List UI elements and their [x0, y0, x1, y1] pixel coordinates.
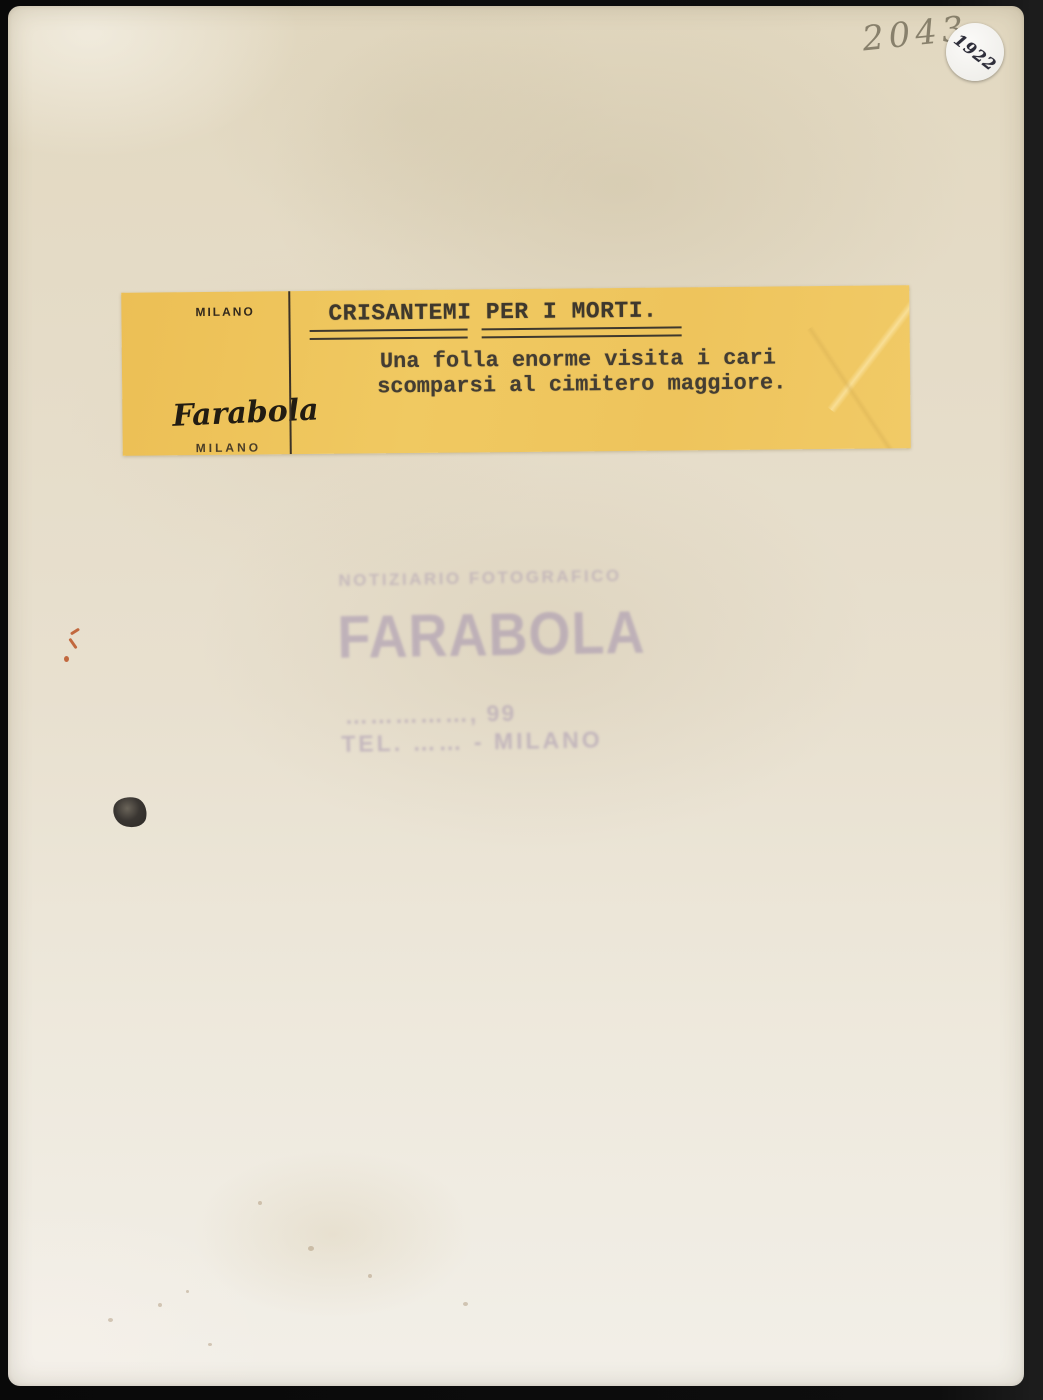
headline-underline	[482, 326, 682, 338]
paper-stain	[258, 1201, 262, 1205]
photo-paper-back: 2043 1922 MILANO Farabola MILANO CRISANT…	[8, 6, 1024, 1386]
paper-stain	[368, 1274, 372, 1278]
stamp-phone-line: TEL. …… - MILANO	[341, 726, 603, 758]
headline-underline	[310, 328, 468, 340]
ink-mark	[68, 638, 77, 650]
paper-stain	[108, 1318, 113, 1322]
ink-mark	[64, 656, 69, 662]
agency-city-bottom: MILANO	[196, 440, 261, 455]
year-sticker-label: 1922	[950, 30, 1000, 75]
agency-logo-script: Farabola	[172, 392, 320, 433]
caption-text-line: scomparsi al cimitero maggiore.	[377, 370, 787, 399]
paper-stain	[186, 1290, 189, 1293]
paper-stain	[463, 1302, 468, 1306]
paper-stain	[308, 1246, 314, 1251]
agency-stamp: NOTIZIARIO FOTOGRAFICO FARABOLA ……………, 9…	[328, 561, 692, 777]
stamp-subtitle: NOTIZIARIO FOTOGRAFICO	[338, 566, 622, 591]
paper-stain	[208, 1343, 212, 1346]
ink-mark	[70, 628, 80, 636]
agency-city-top: MILANO	[195, 305, 254, 320]
caption-text-line: Una folla enorme visita i cari	[380, 346, 776, 375]
stamp-agency-name: FARABOLA	[337, 598, 646, 673]
year-sticker: 1922	[946, 23, 1004, 81]
stamp-address-line: ……………, 99	[345, 700, 517, 730]
caption-headline: CRISANTEMI PER I MORTI.	[328, 298, 657, 327]
caption-label: MILANO Farabola MILANO CRISANTEMI PER I …	[121, 285, 911, 456]
paper-speck	[110, 794, 149, 830]
paper-crease	[827, 288, 911, 413]
paper-stain	[158, 1303, 162, 1307]
label-divider	[288, 291, 292, 454]
